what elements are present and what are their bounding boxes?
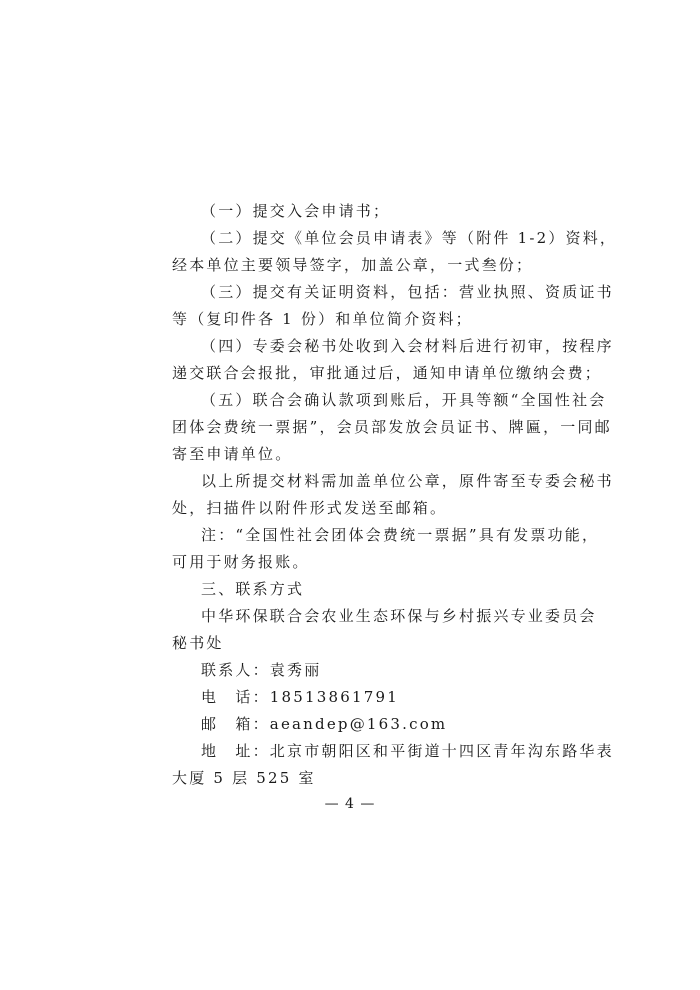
organization-name-continued: 秘书处 <box>172 630 530 657</box>
item-4-review: （四）专委会秘书处收到入会材料后进行初审，按程序 <box>172 333 530 360</box>
document-page: （一）提交入会申请书； （二）提交《单位会员申请表》等（附件 1-2）资料， 经… <box>0 0 700 990</box>
item-5-continued-2: 寄至申请单位。 <box>172 441 530 468</box>
contact-address: 地 址：北京市朝阳区和平街道十四区青年沟东路华表 <box>172 738 530 765</box>
item-1-submit-application: （一）提交入会申请书； <box>172 198 530 225</box>
invoice-note-continued: 可用于财务报账。 <box>172 549 530 576</box>
contact-person: 联系人：袁秀丽 <box>172 657 530 684</box>
page-number: — 4 — <box>0 796 700 812</box>
item-5-continued: 团体会费统一票据”，会员部发放会员证书、牌匾，一同邮 <box>172 414 530 441</box>
contact-phone: 电 话：18513861791 <box>172 684 530 711</box>
item-3-continued: 等（复印件各 1 份）和单位简介资料； <box>172 306 530 333</box>
materials-note: 以上所提交材料需加盖单位公章，原件寄至专委会秘书 <box>172 468 530 495</box>
document-body: （一）提交入会申请书； （二）提交《单位会员申请表》等（附件 1-2）资料， 经… <box>172 198 530 792</box>
contact-address-continued: 大厦 5 层 525 室 <box>172 765 530 792</box>
invoice-note: 注：“全国性社会团体会费统一票据”具有发票功能， <box>172 522 530 549</box>
item-2-continued: 经本单位主要领导签字，加盖公章，一式叁份； <box>172 252 530 279</box>
item-2-submit-form: （二）提交《单位会员申请表》等（附件 1-2）资料， <box>172 225 530 252</box>
item-5-invoice: （五）联合会确认款项到账后，开具等额“全国性社会 <box>172 387 530 414</box>
section-heading-contact: 三、联系方式 <box>172 576 530 603</box>
organization-name: 中华环保联合会农业生态环保与乡村振兴专业委员会 <box>172 603 530 630</box>
contact-email: 邮 箱：aeandep@163.com <box>172 711 530 738</box>
materials-note-continued: 处，扫描件以附件形式发送至邮箱。 <box>172 495 530 522</box>
item-3-certificates: （三）提交有关证明资料，包括：营业执照、资质证书 <box>172 279 530 306</box>
item-4-continued: 递交联合会报批，审批通过后，通知申请单位缴纳会费； <box>172 360 530 387</box>
